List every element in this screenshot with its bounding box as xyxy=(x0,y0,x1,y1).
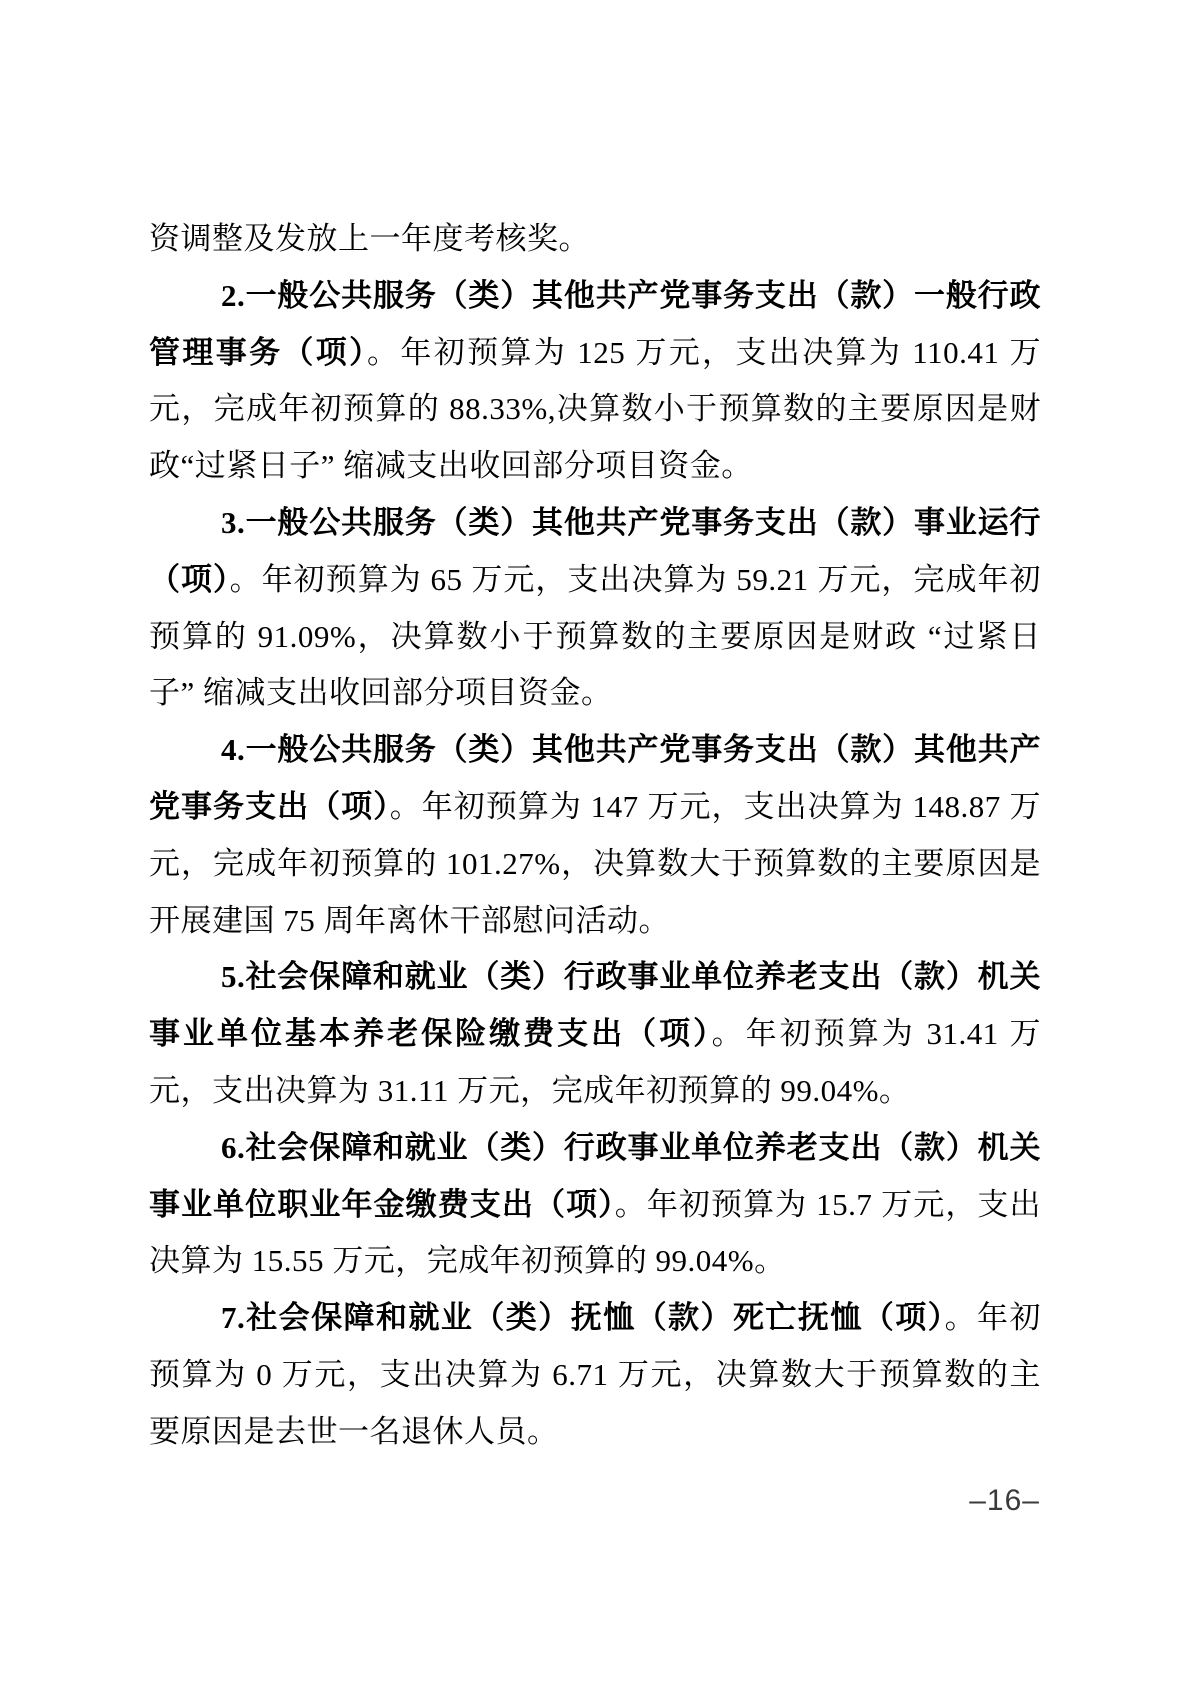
paragraph-text-segment: 资调整及发放上一年度考核奖。 xyxy=(149,221,590,256)
paragraph-heading-segment: 7.社会保障和就业（类）抚恤（款）死亡抚恤（项） xyxy=(221,1300,945,1335)
page-number: –16– xyxy=(969,1484,1040,1518)
paragraph: 3.一般公共服务（类）其他共产党事务支出（款）事业运行（项）。年初预算为 65 … xyxy=(149,495,1041,722)
paragraph: 2.一般公共服务（类）其他共产党事务支出（款）一般行政管理事务（项）。年初预算为… xyxy=(149,268,1041,495)
paragraph: 4.一般公共服务（类）其他共产党事务支出（款）其他共产党事务支出（项）。年初预算… xyxy=(149,722,1041,949)
paragraph: 6.社会保障和就业（类）行政事业单位养老支出（款）机关事业单位职业年金缴费支出（… xyxy=(149,1120,1041,1290)
paragraph-text-segment: 。年初预算为 65 万元，支出决算为 59.21 万元，完成年初预算的 91.0… xyxy=(149,562,1041,711)
paragraph: 5.社会保障和就业（类）行政事业单位养老支出（款）机关事业单位基本养老保险缴费支… xyxy=(149,949,1041,1119)
document-body: 资调整及发放上一年度考核奖。2.一般公共服务（类）其他共产党事务支出（款）一般行… xyxy=(149,211,1041,1461)
paragraph: 7.社会保障和就业（类）抚恤（款）死亡抚恤（项）。年初预算为 0 万元，支出决算… xyxy=(149,1290,1041,1460)
paragraph: 资调整及发放上一年度考核奖。 xyxy=(149,211,1041,268)
document-page: 资调整及发放上一年度考核奖。2.一般公共服务（类）其他共产党事务支出（款）一般行… xyxy=(0,0,1190,1683)
